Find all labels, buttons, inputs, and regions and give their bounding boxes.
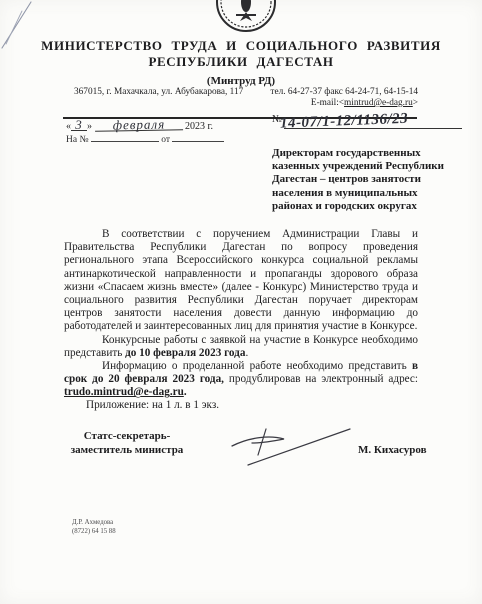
recipient-line: районах и городских округах xyxy=(272,200,468,213)
ministry-title: МИНИСТЕРСТВО ТРУДА И СОЦИАЛЬНОГО РАЗВИТИ… xyxy=(0,38,482,69)
recipient-line: казенных учреждений Республики xyxy=(272,160,468,173)
ministry-title-line1: МИНИСТЕРСТВО ТРУДА И СОЦИАЛЬНОГО РАЗВИТИ… xyxy=(0,38,482,54)
handwritten-signature xyxy=(222,413,370,471)
reply-number-blank xyxy=(91,132,159,142)
contact-block: 367015, г. Махачкала, ул. Абубакарова, 1… xyxy=(64,87,418,109)
outgoing-number-line: № 14-07/1-12/1136/23 xyxy=(272,114,468,125)
handwritten-day: 3 xyxy=(71,119,87,131)
phone-email-block: тел. 64-27-37 факс 64-24-71, 64-15-14 E-… xyxy=(270,87,418,109)
email-line: E-mail:<mintrud@e-dag.ru> xyxy=(270,98,418,109)
letter-body: В соответствии с поручением Администраци… xyxy=(64,228,418,400)
handwritten-month: февраля xyxy=(94,118,182,132)
phone-numbers: тел. 64-27-37 факс 64-24-71, 64-15-14 xyxy=(270,87,418,98)
body-paragraph-1: В соответствии с поручением Администраци… xyxy=(64,228,418,334)
date-line: «3» февраля 2023 г. xyxy=(66,119,213,132)
signer-position: Статс-секретарь- заместитель министра xyxy=(60,430,194,457)
body-paragraph-3: Информацию о проделанной работе необходи… xyxy=(64,360,418,400)
attachment-note: Приложение: на 1 л. в 1 экз. xyxy=(64,399,418,411)
executor-name: Д.Р. Ахмедова xyxy=(72,519,116,528)
executor-phone: (8722) 64 15 88 xyxy=(72,528,116,537)
year-label: 2023 г. xyxy=(185,121,213,132)
recipient-block: Директорам государственных казенных учре… xyxy=(272,147,468,213)
reply-date-blank xyxy=(172,132,224,142)
recipient-line: Дагестан – центров занятости xyxy=(272,173,468,186)
ministry-short-name: (Минтруд РД) xyxy=(0,75,482,87)
ministry-title-line2: РЕСПУБЛИКИ ДАГЕСТАН xyxy=(0,54,482,70)
postal-address: 367015, г. Махачкала, ул. Абубакарова, 1… xyxy=(64,87,243,98)
executor-block: Д.Р. Ахмедова (8722) 64 15 88 xyxy=(72,519,116,536)
email-address: mintrud@e-dag.ru xyxy=(344,98,413,108)
recipient-line: Директорам государственных xyxy=(272,147,468,160)
document-page: МИНИСТЕРСТВО ТРУДА И СОЦИАЛЬНОГО РАЗВИТИ… xyxy=(0,0,482,604)
body-paragraph-2: Конкурсные работы с заявкой на участие в… xyxy=(64,334,418,360)
contact-email: trudo.mintrud@e-dag.ru xyxy=(64,386,184,398)
recipient-line: населения в муниципальных xyxy=(272,187,468,200)
reply-reference-line: На № от xyxy=(66,132,224,145)
coat-of-arms-icon xyxy=(214,0,278,33)
signer-name: М. Кихасуров xyxy=(358,444,468,456)
